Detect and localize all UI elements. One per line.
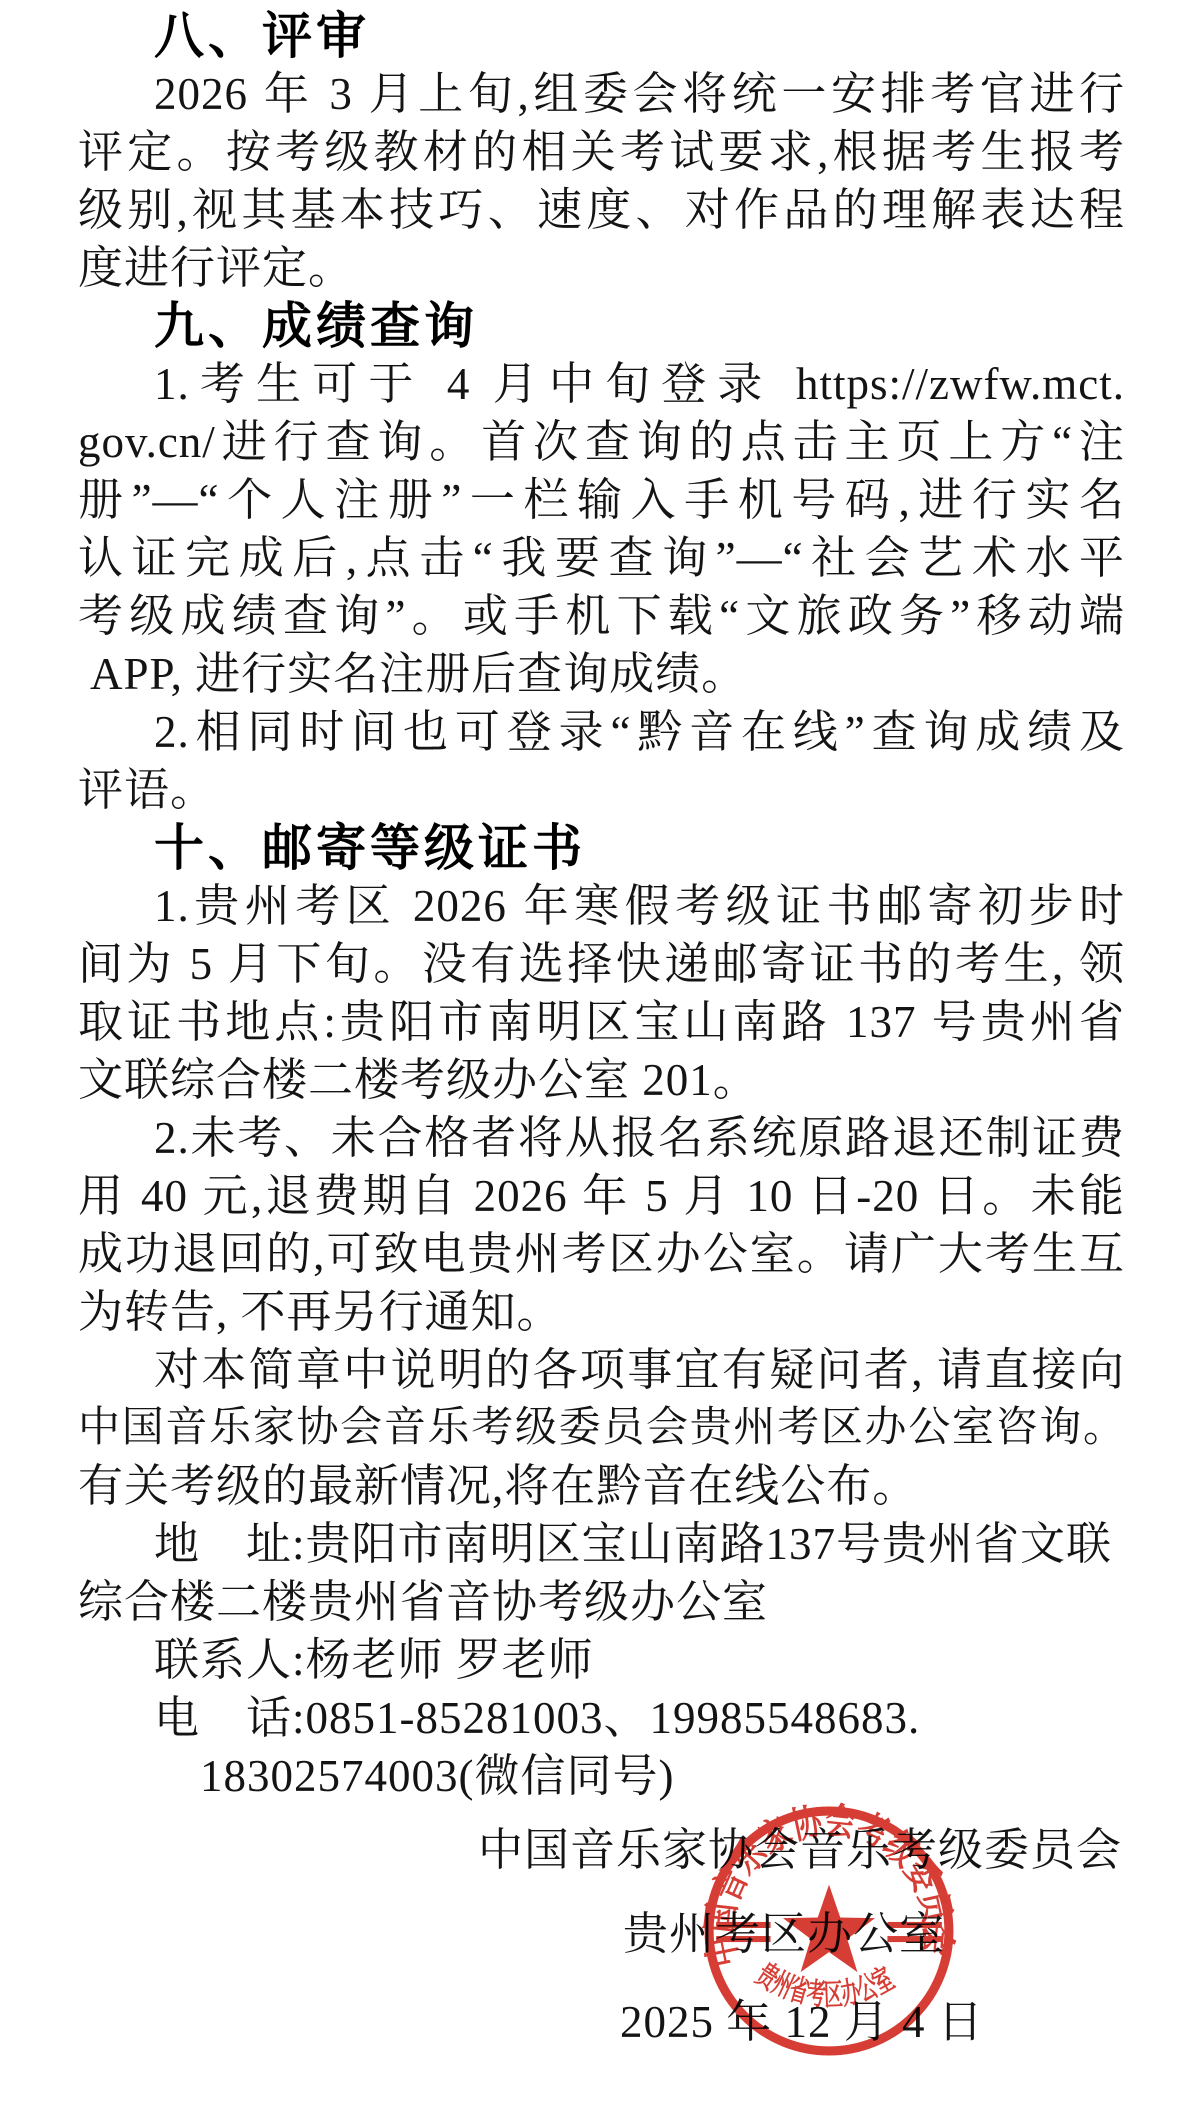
- body-line: 度进行评定。: [78, 240, 1125, 298]
- address-line: 综合楼二楼贵州省音协考级办公室: [78, 1574, 1125, 1632]
- body-line: 2026 年 3 月上旬,组委会将统一安排考官进行: [78, 66, 1125, 124]
- body-line: 册”—“个人注册”一栏输入手机号码,进行实名: [78, 472, 1125, 530]
- heading-score-query: 九、成绩查询: [78, 298, 1125, 356]
- seal-star-icon: [783, 1885, 875, 1972]
- document-page: 八、评审2026 年 3 月上旬,组委会将统一安排考官进行评定。按考级教材的相关…: [0, 0, 1200, 2118]
- body-line: 考级成绩查询”。或手机下载“文旅政务”移动端: [78, 588, 1125, 646]
- contacts-line: 联系人:杨老师 罗老师: [78, 1632, 1125, 1690]
- date-line: 2025 年 12 月 4 日: [78, 1994, 1125, 2078]
- body-line: 2.未考、未合格者将从报名系统原路退还制证费: [78, 1110, 1125, 1168]
- body-line: 对本简章中说明的各项事宜有疑问者, 请直接向: [78, 1342, 1125, 1400]
- document-body: 八、评审2026 年 3 月上旬,组委会将统一安排考官进行评定。按考级教材的相关…: [78, 8, 1125, 2078]
- signature-office: 贵州考区办公室: [78, 1906, 1125, 1994]
- body-line: 间为 5 月下旬。没有选择快递邮寄证书的考生, 领: [78, 936, 1125, 994]
- body-line: APP, 进行实名注册后查询成绩。: [78, 646, 1125, 704]
- body-line: 评语。: [78, 762, 1125, 820]
- body-line: 认证完成后,点击“我要查询”—“社会艺术水平: [78, 530, 1125, 588]
- address-line: 地 址:贵阳市南明区宝山南路137号贵州省文联: [78, 1516, 1125, 1574]
- body-line: 中国音乐家协会音乐考级委员会贵州考区办公室咨询。: [78, 1400, 1125, 1458]
- body-line: gov.cn/进行查询。首次查询的点击主页上方“注: [78, 414, 1125, 472]
- official-seal: 中国音乐家协会考级委员会 贵州省考区办公室: [698, 1800, 960, 2062]
- phone-line: 18302574003(微信同号): [78, 1748, 1125, 1806]
- body-line: 1.贵州考区 2026 年寒假考级证书邮寄初步时: [78, 878, 1125, 936]
- body-line: 级别,视其基本技巧、速度、对作品的理解表达程: [78, 182, 1125, 240]
- body-line: 成功退回的,可致电贵州考区办公室。请广大考生互: [78, 1226, 1125, 1284]
- body-line: 为转告, 不再另行通知。: [78, 1284, 1125, 1342]
- heading-certificate: 十、邮寄等级证书: [78, 820, 1125, 878]
- body-line: 用 40 元,退费期自 2026 年 5 月 10 日-20 日。未能: [78, 1168, 1125, 1226]
- signature-org: 中国音乐家协会音乐考级委员会: [78, 1822, 1125, 1906]
- svg-text:贵州省考区办公室: 贵州省考区办公室: [750, 1957, 899, 2012]
- body-line: 评定。按考级教材的相关考试要求,根据考生报考: [78, 124, 1125, 182]
- phone-line: 电 话:0851-85281003、19985548683.: [78, 1690, 1125, 1748]
- body-line: 取证书地点:贵阳市南明区宝山南路 137 号贵州省: [78, 994, 1125, 1052]
- seal-bottom-text: 贵州省考区办公室: [750, 1957, 899, 2012]
- body-line: 有关考级的最新情况,将在黔音在线公布。: [78, 1458, 1125, 1516]
- body-line: 文联综合楼二楼考级办公室 201。: [78, 1052, 1125, 1110]
- heading-review: 八、评审: [78, 8, 1125, 66]
- body-line: 2.相同时间也可登录“黔音在线”查询成绩及: [78, 704, 1125, 762]
- body-line: 1.考生可于 4 月中旬登录 https://zwfw.mct.: [78, 356, 1125, 414]
